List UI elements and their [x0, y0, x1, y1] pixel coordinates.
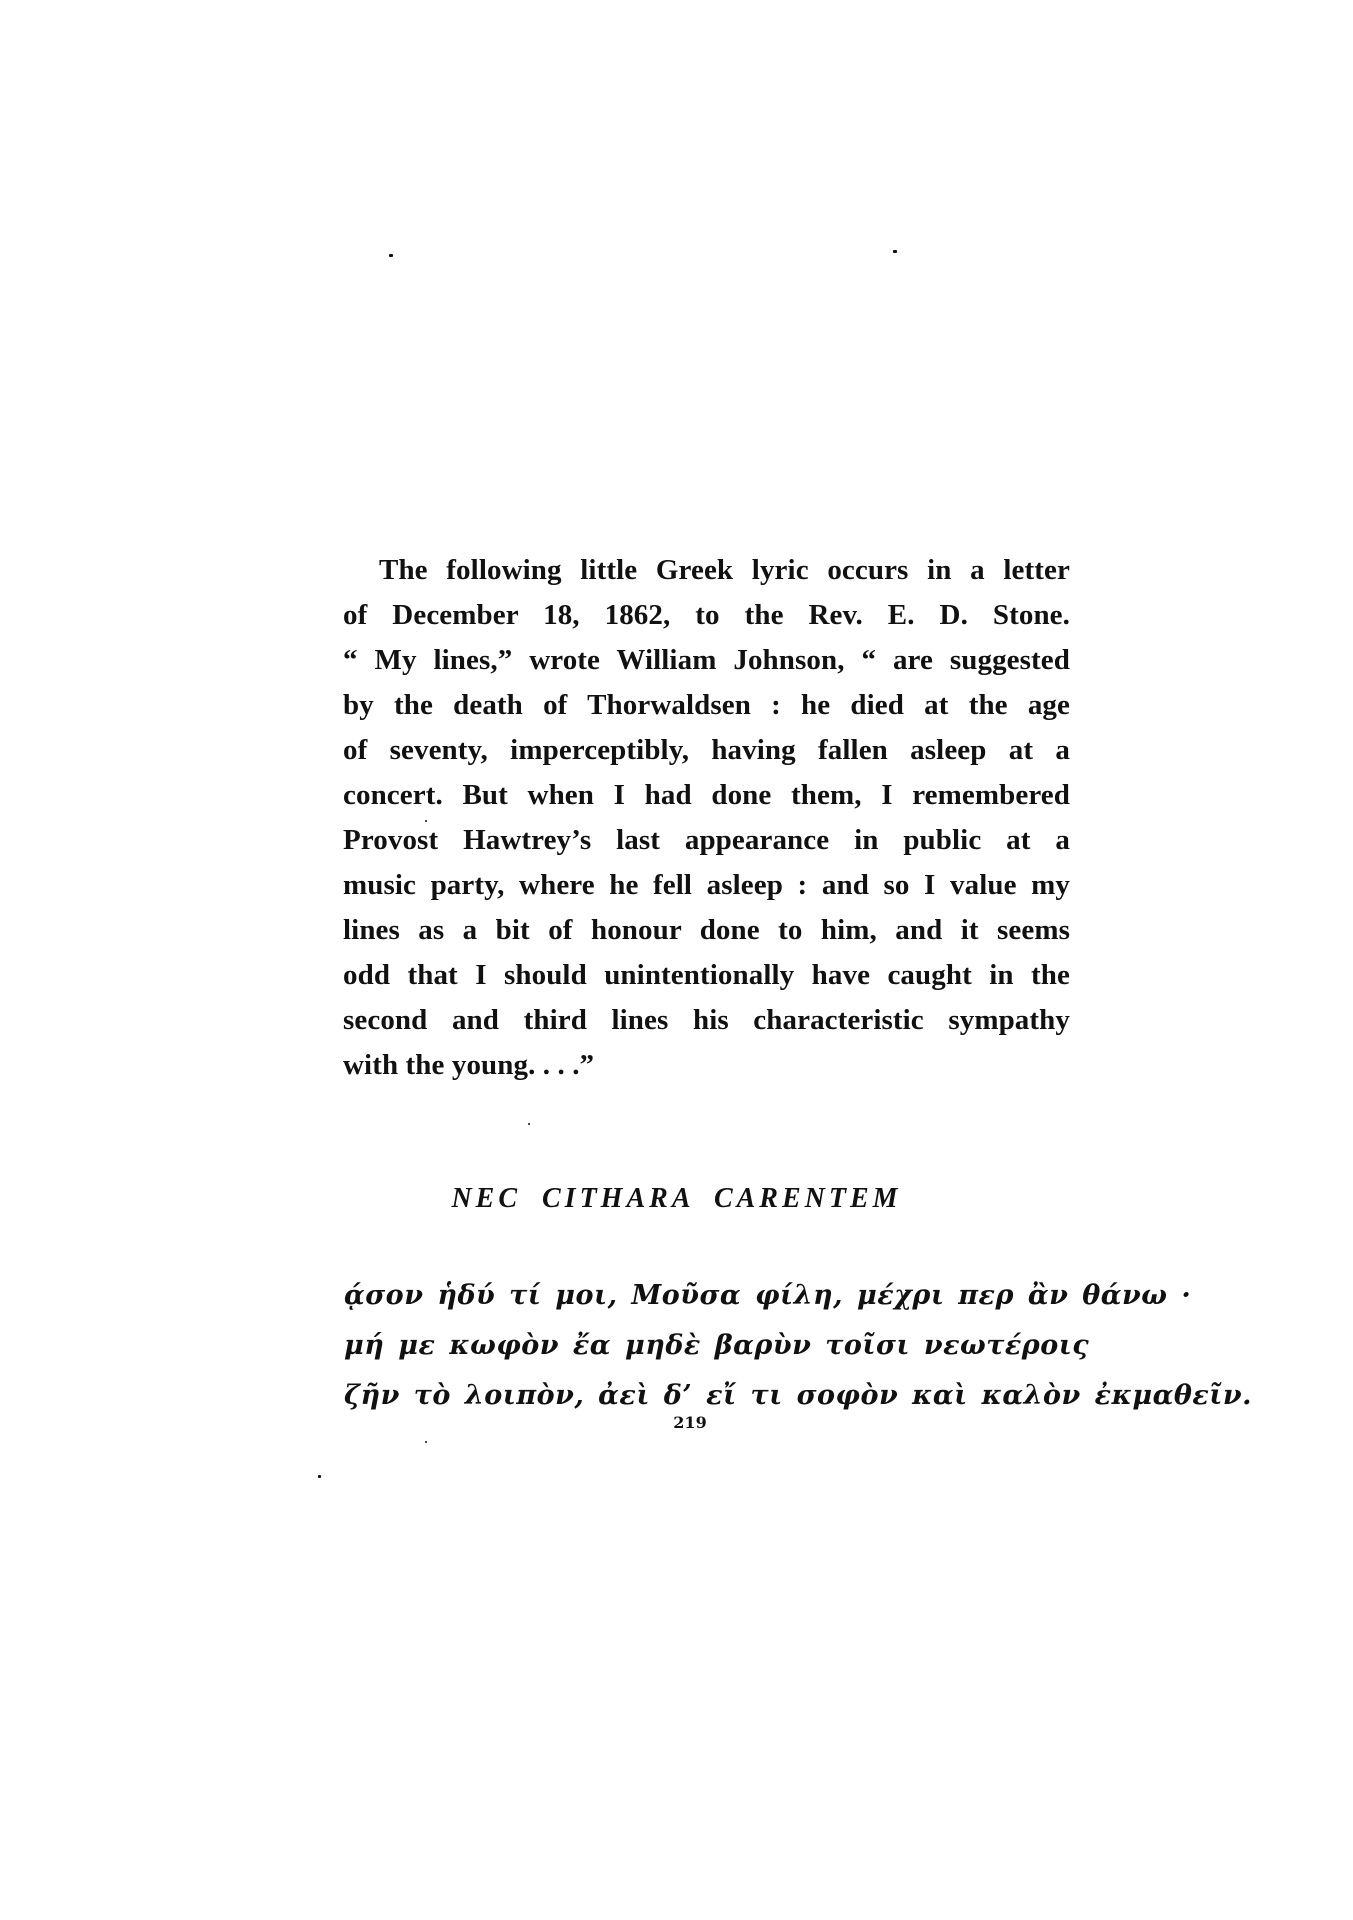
scan-speck	[389, 254, 393, 257]
intro-paragraph: The following little Greek lyric occurs …	[343, 548, 1070, 1088]
poem-title: NEC CITHARA CARENTEM	[0, 1183, 1353, 1215]
intro-line: odd that I should unintentionally have c…	[343, 953, 1070, 998]
greek-poem: ᾴσον ἡδύ τί μοι, Μοῦσα φίλη, μέχρι περ ἂ…	[344, 1274, 1084, 1424]
poem-verse: μή με κωφὸν ἔα μηδὲ βαρὺν τοῖσι νεωτέροι…	[344, 1324, 1084, 1374]
scan-speck	[528, 1123, 530, 1125]
intro-line: of December 18, 1862, to the Rev. E. D. …	[343, 593, 1070, 638]
scan-speck	[893, 250, 897, 253]
scan-speck	[318, 1475, 321, 1478]
intro-line: The following little Greek lyric occurs …	[343, 548, 1070, 593]
intro-line: “ My lines,” wrote William Johnson, “ ar…	[343, 638, 1070, 683]
book-page: The following little Greek lyric occurs …	[0, 0, 1353, 1920]
intro-line: of seventy, imperceptibly, having fallen…	[343, 728, 1070, 773]
intro-line: concert. But when I had done them, I rem…	[343, 773, 1070, 818]
intro-line: Provost Hawtrey’s last appearance in pub…	[343, 818, 1070, 863]
intro-line: lines as a bit of honour done to him, an…	[343, 908, 1070, 953]
intro-line: with the young. . . .”	[343, 1043, 1070, 1088]
intro-line: music party, where he fell asleep : and …	[343, 863, 1070, 908]
intro-line: second and third lines his characteristi…	[343, 998, 1070, 1043]
page-number: 219	[660, 1413, 720, 1432]
intro-line: by the death of Thorwaldsen : he died at…	[343, 683, 1070, 728]
poem-verse: ᾴσον ἡδύ τί μοι, Μοῦσα φίλη, μέχρι περ ἂ…	[344, 1274, 1084, 1324]
scan-speck	[425, 1441, 427, 1443]
